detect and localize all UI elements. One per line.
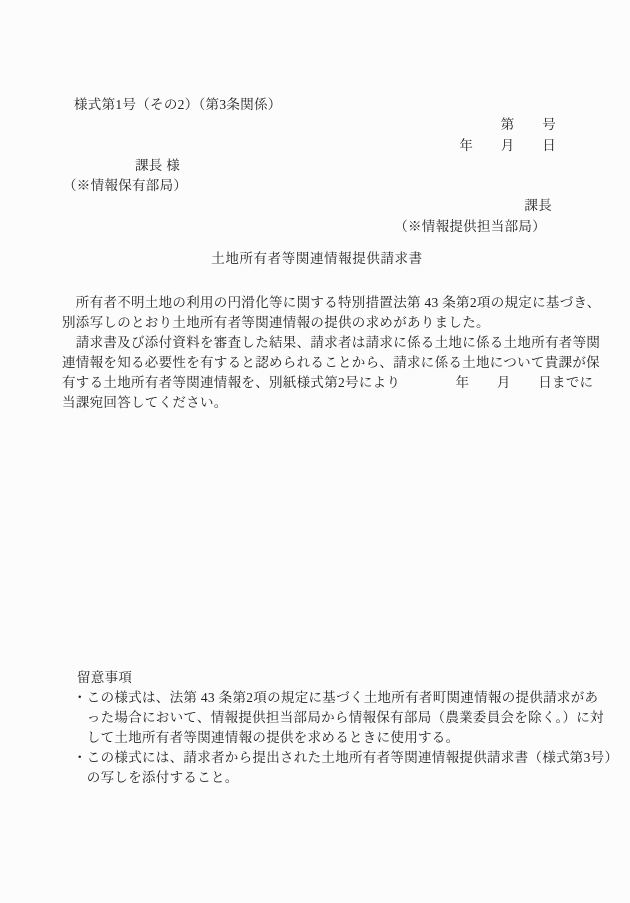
notes-heading: 留意事項 bbox=[77, 670, 132, 685]
paragraph1-line: 所有者不明土地の利用の円滑化等に関する特別措置法第 43 条第2項の規定に基づき… bbox=[62, 295, 601, 310]
paragraph2-line: 請求書及び添付資料を審査した結果、請求者は請求に係る土地に係る土地所有者等関 bbox=[62, 335, 600, 350]
sender-title-line: 課長 bbox=[524, 198, 552, 213]
note2-line: の写しを添付すること。 bbox=[73, 770, 239, 785]
paragraph2-line: 当課宛回答してください。 bbox=[62, 395, 228, 410]
date-line: 年 月 日 bbox=[459, 138, 556, 153]
note1-line: った場合において、情報提供担当部局から情報保有部局（農業委員会を除く。）に対 bbox=[73, 710, 604, 725]
addressee-line: 課長 様 bbox=[135, 158, 180, 173]
addressee-note-line: （※情報保有部局） bbox=[63, 178, 187, 193]
note1-line: ・この様式は、法第 43 条第2項の規定に基づく土地所有者町関連情報の提供請求が… bbox=[73, 690, 598, 705]
paragraph1-line: 別添写しのとおり土地所有者等関連情報の提供の求めがありました。 bbox=[62, 315, 490, 330]
page-title: 土地所有者等関連情報提供請求書 bbox=[62, 251, 572, 266]
doc-number-line: 第 号 bbox=[501, 117, 556, 132]
note2-line: ・この様式には、請求者から提出された土地所有者等関連情報提供請求書（様式第3号） bbox=[73, 750, 618, 765]
form-number-line: 様式第1号（その2）（第3条関係） bbox=[74, 97, 282, 112]
paragraph2-line: 連情報を知る必要性を有すると認められることから、請求に係る土地について貴課が保 bbox=[62, 355, 600, 370]
document-page: 様式第1号（その2）（第3条関係） 第 号 年 月 日 課長 様 （※情報保有部… bbox=[0, 0, 630, 903]
note1-line: して土地所有者等関連情報の提供を求めるときに使用する。 bbox=[73, 730, 459, 745]
sender-note-line: （※情報提供担当部局） bbox=[394, 219, 546, 234]
paragraph2-line: 有する土地所有者等関連情報を、別紙様式第2号により 年 月 日までに bbox=[62, 375, 593, 390]
